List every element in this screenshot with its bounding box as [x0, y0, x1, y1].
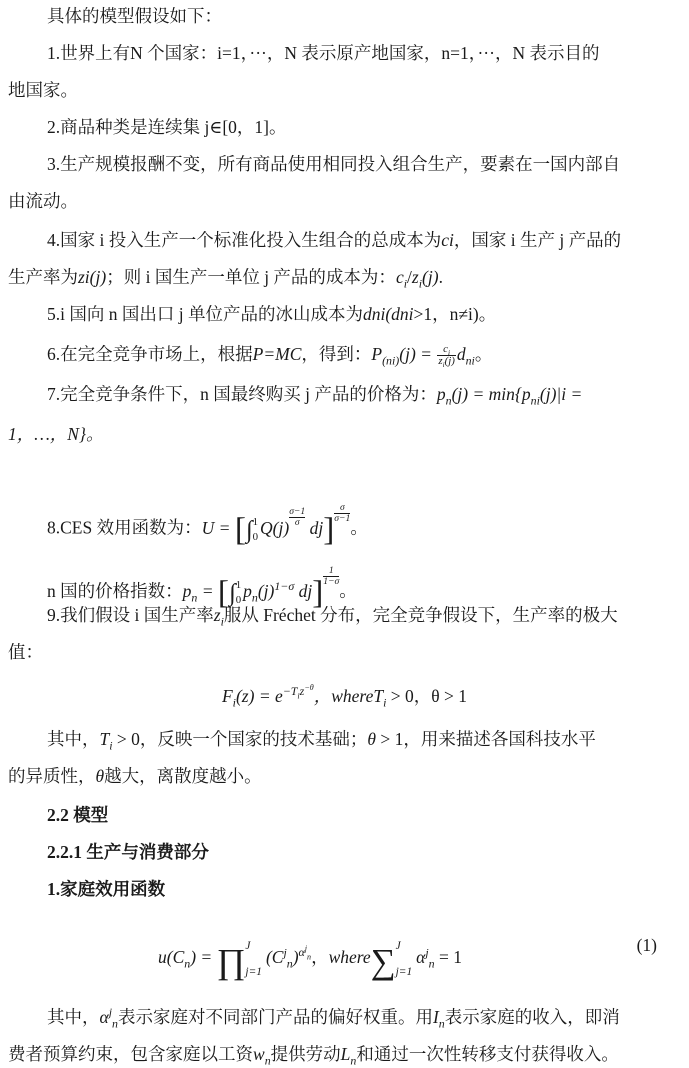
assumption-2: 2.商品种类是连续集 j∈[0，1]。 [47, 115, 681, 139]
subsection-title: 2.2.1 生产与消费部分 [47, 842, 209, 862]
frechet-equation: Fi(z) = e−Tiz−θ，whereTi > 0，θ > 1 [0, 684, 689, 708]
subsubsection-title: 1.家庭效用函数 [47, 879, 165, 899]
math-wage: wn [253, 1044, 271, 1064]
period: 。 [339, 581, 357, 601]
math-household-utility: u(Cn) = ∏Jj=1(Cjn)αjn，where∑Jj=1αjn = 1 [158, 933, 462, 985]
assumption-1-cont: 地国家。 [8, 78, 681, 102]
assumption-3: 3.生产规模报酬不变，所有商品使用相同投入组合生产，要素在一国内部自 [47, 152, 681, 176]
closing-paragraph-cont: 费者预算约束，包含家庭以工资wn提供劳动Ln和通过一次性转移支付获得收入。 [8, 1042, 681, 1066]
math-theta: θ [367, 729, 376, 749]
math-min-price: pn(j) = min{pni(j)|i = [437, 384, 582, 404]
assumption-5: 5.i 国向 n 国出口 j 单位产品的冰山成本为dni(dni>1，n≠i)。 [47, 302, 681, 326]
closing-line2-mid: 提供劳动 [271, 1044, 341, 1064]
assumption-1: 1.世界上有N 个国家：i=1，···，N 表示原产地国家，n=1，···，N … [47, 41, 681, 65]
intro-paragraph: 具体的模型假设如下： [47, 4, 681, 28]
math-price-formula: P(ni)(j) = cizi(j)dni [371, 344, 474, 364]
assumption-9-text: 9.我们假设 i 国生产率 [47, 605, 214, 625]
assumption-9-cont: 值： [8, 640, 681, 664]
math-dni: dni(dni [363, 304, 414, 324]
math-p-equals-mc: P=MC [253, 344, 302, 364]
subsection-heading: 2.2.1 生产与消费部分 [47, 840, 681, 864]
math-ti: Ti [100, 729, 113, 749]
math-alpha: αjn [100, 1007, 118, 1027]
intro-text: 具体的模型假设如下： [47, 6, 222, 26]
math-income: In [433, 1007, 445, 1027]
assumption-6-mid: ，得到： [301, 344, 371, 364]
math-ces-utility: U = [∫10Q(j)σ−1σ dj]σσ−1 [202, 518, 351, 538]
closing-mid: 表示家庭对不同部门产品的偏好权重。用 [118, 1007, 433, 1027]
assumption-7-line2: 1，…，N}。 [8, 424, 103, 444]
price-index-label: n 国的价格指数： [47, 581, 183, 601]
note-line2-post: 越大，离散度越小。 [104, 766, 262, 786]
assumption-9-line2: 值： [8, 642, 43, 662]
closing-line2-post: 和通过一次性转移支付获得收入。 [356, 1044, 619, 1064]
period: 。 [475, 344, 493, 364]
assumption-4: 4.国家 i 投入生产一个标准化投入生组合的总成本为ci，国家 i 生产 j 产… [47, 228, 681, 252]
math-theta: θ [96, 766, 105, 786]
note-post: > 1，用来描述各国科技水平 [376, 729, 596, 749]
assumption-4-text-post: ，国家 i 生产 j 产品的 [454, 230, 621, 250]
assumption-4-cont: 生产率为zi(j)；则 i 国生产一单位 j 产品的成本为：ci/zi(j). [8, 265, 681, 289]
math-labor: Ln [341, 1044, 357, 1064]
math-ci: ci [441, 230, 454, 250]
math-zi: zi [214, 605, 224, 625]
assumption-9: 9.我们假设 i 国生产率zi服从 Fréchet 分布，完全竞争假设下，生产率… [47, 603, 681, 627]
equation-number: (1) [637, 933, 657, 957]
section-heading: 2.2 模型 [47, 803, 681, 827]
price-index: n 国的价格指数：pn = [∫10pn(j)1−σ dj]11−σ。 [8, 566, 681, 607]
closing-text: 其中， [47, 1007, 100, 1027]
period: 。 [350, 518, 368, 538]
assumption-4-line2-pre: 生产率为 [8, 267, 78, 287]
assumption-7-text: 7.完全竞争条件下，n 国最终购买 j 产品的价格为： [47, 384, 437, 404]
assumption-5-text: 5.i 国向 n 国出口 j 单位产品的冰山成本为 [47, 304, 363, 324]
closing-paragraph: 其中，αjn表示家庭对不同部门产品的偏好权重。用In表示家庭的收入，即消 [47, 1005, 681, 1029]
math-price-index: pn = [∫10pn(j)1−σ dj]11−σ [183, 581, 340, 601]
note-mid: > 0，反映一个国家的技术基础； [113, 729, 368, 749]
assumption-3-cont: 由流动。 [8, 189, 681, 213]
assumption-7-cont: 1，…，N}。 [8, 422, 681, 446]
closing-post: 表示家庭的收入，即消 [445, 1007, 620, 1027]
math-unit-cost: ci/zi(j) [396, 267, 439, 287]
math-frechet: Fi(z) = e−Tiz−θ，whereTi > 0，θ > 1 [222, 686, 467, 706]
assumption-4-line2-mid: ；则 i 国生产一单位 j 产品的成本为： [106, 267, 396, 287]
frechet-note: 其中，Ti > 0，反映一个国家的技术基础；θ > 1，用来描述各国科技水平 [47, 727, 681, 751]
assumption-1-line2: 地国家。 [8, 80, 78, 100]
assumption-6: 6.在完全竞争市场上，根据P=MC，得到：P(ni)(j) = cizi(j)d… [47, 342, 681, 368]
frechet-note-cont: 的异质性，θ越大，离散度越小。 [8, 764, 681, 788]
assumption-9-post: 服从 Fréchet 分布，完全竞争假设下，生产率的极大 [224, 605, 618, 625]
section-title: 2.2 模型 [47, 805, 108, 825]
closing-line2-pre: 费者预算约束，包含家庭以工资 [8, 1044, 253, 1064]
paper-page: 具体的模型假设如下： 1.世界上有N 个国家：i=1，···，N 表示原产地国家… [0, 0, 689, 1068]
period: . [439, 267, 443, 287]
assumption-5-post: >1，n≠i)。 [414, 304, 497, 324]
assumption-3-line2: 由流动。 [8, 191, 78, 211]
assumption-2-text: 2.商品种类是连续集 j∈[0，1]。 [47, 117, 286, 137]
assumption-8: 8.CES 效用函数为：U = [∫10Q(j)σ−1σ dj]σσ−1。 [47, 503, 681, 544]
assumption-8-text: 8.CES 效用函数为： [47, 518, 202, 538]
subsubsection-heading: 1.家庭效用函数 [47, 877, 681, 901]
note-line2-pre: 的异质性， [8, 766, 96, 786]
assumption-1-line1: 1.世界上有N 个国家：i=1，···，N 表示原产地国家，n=1，···，N … [47, 43, 599, 63]
math-zi-j: zi(j) [78, 267, 106, 287]
assumption-7: 7.完全竞争条件下，n 国最终购买 j 产品的价格为：pn(j) = min{p… [47, 382, 681, 406]
note-text: 其中， [47, 729, 100, 749]
assumption-6-text: 6.在完全竞争市场上，根据 [47, 344, 253, 364]
assumption-4-text: 4.国家 i 投入生产一个标准化投入生组合的总成本为 [47, 230, 441, 250]
assumption-3-line1: 3.生产规模报酬不变，所有商品使用相同投入组合生产，要素在一国内部自 [47, 154, 620, 174]
